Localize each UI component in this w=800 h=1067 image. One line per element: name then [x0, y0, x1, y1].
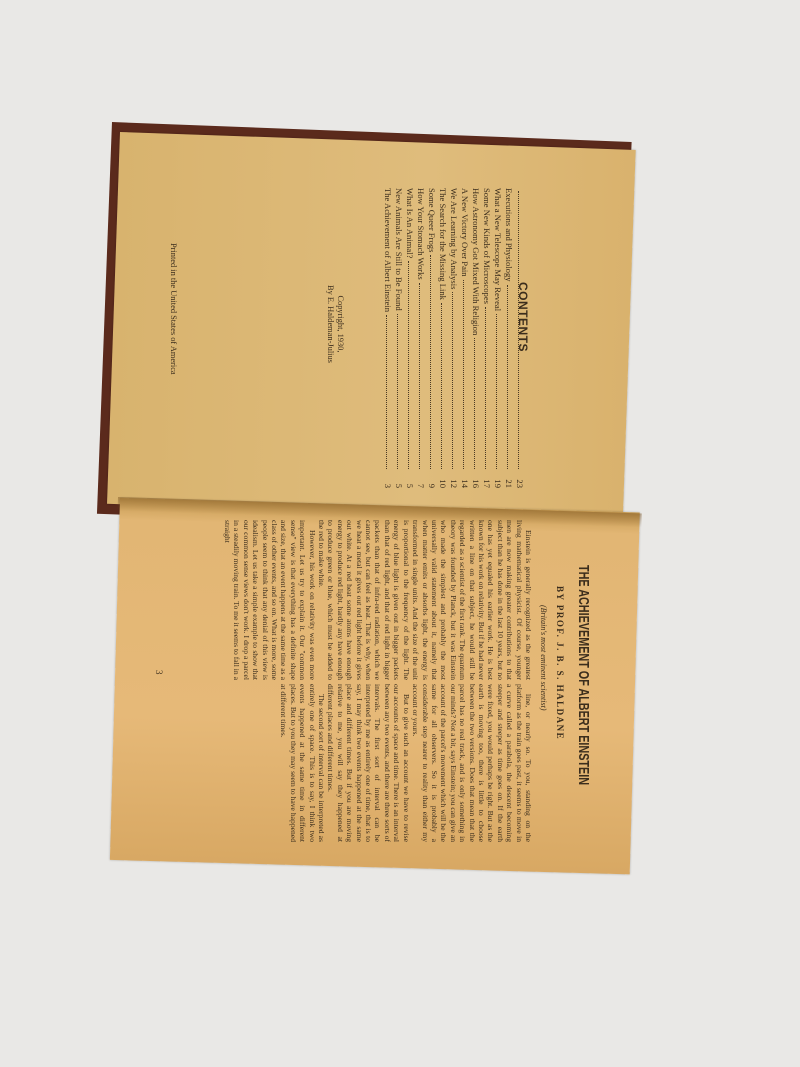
article-title: THE ACHIEVEMENT OF ALBERT EINSTEIN: [575, 565, 592, 785]
toc-entry-title: We Are Learning by Analysis: [449, 188, 459, 289]
toc-entry-page: 19: [493, 472, 503, 488]
article-paragraph: Einstein is generally recognized as the …: [317, 520, 533, 680]
printed-notice: Printed in the United States of America: [169, 243, 178, 375]
toc-entry-title: Some New Kinds of Microscopes: [482, 188, 492, 304]
toc-leader-dots: [463, 280, 470, 469]
toc-entry-title: A New Victory Over Pain: [460, 188, 470, 277]
table-of-contents: The Achievement of Albert Einstein3New A…: [383, 188, 513, 488]
article-column-right: line, or nearly so. To you, standing on …: [128, 684, 533, 842]
toc-entry: What a New Telescope May Reveal19: [493, 188, 503, 488]
copyright-notice: Copyright, 1930, By E. Haldeman-Julius: [325, 285, 345, 363]
toc-entry-title: How Astronomy Got Mixed With Religion: [471, 188, 481, 335]
article-column-left: Einstein is generally recognized as the …: [133, 520, 533, 680]
toc-leader-dots: [485, 307, 492, 469]
toc-entry-page: 9: [427, 472, 437, 488]
toc-entry: How Astronomy Got Mixed With Religion16: [471, 188, 481, 488]
toc-leader-dots: [518, 191, 525, 469]
toc-entry: Executions and Physiology21: [504, 188, 514, 488]
toc-leader-dots: [397, 314, 404, 469]
toc-entry: What Is An Animal?5: [405, 188, 415, 488]
article-byline: BY PROF. J. B. S. HALDANE: [555, 586, 565, 740]
toc-entry-page: 17: [482, 472, 492, 488]
toc-entry-page: 5: [405, 472, 415, 488]
article-subtitle: (Britain's most eminent scientist): [539, 605, 548, 710]
toc-entry-title: New Animals Are Still to Be Found: [394, 188, 404, 311]
article-paragraph: The second sort of interval can be inter…: [279, 684, 326, 842]
toc-entry: A New Victory Over Pain14: [460, 188, 470, 488]
toc-entry: Some New Kinds of Microscopes17: [482, 188, 492, 488]
page-number: 3: [154, 670, 164, 675]
toc-entry: 23: [515, 188, 525, 488]
toc-entry-page: 12: [449, 472, 459, 488]
toc-entry-page: 21: [504, 472, 514, 488]
toc-leader-dots: [419, 283, 426, 469]
toc-entry-title: The Search for the Missing Link: [438, 188, 448, 300]
toc-entry-page: 23: [515, 472, 525, 488]
toc-entry-title: Some Queer Frogs: [427, 188, 437, 252]
article-paragraph: line, or nearly so. To you, standing on …: [411, 684, 533, 842]
toc-entry: The Achievement of Albert Einstein3: [383, 188, 393, 488]
toc-entry: We Are Learning by Analysis12: [449, 188, 459, 488]
toc-entry-page: 14: [460, 472, 470, 488]
toc-entry: How Your Stomach Works7: [416, 188, 426, 488]
toc-entry-page: 7: [416, 472, 426, 488]
toc-leader-dots: [408, 261, 415, 469]
toc-entry-page: 16: [471, 472, 481, 488]
toc-entry-title: Executions and Physiology: [504, 188, 514, 282]
toc-entry-page: 3: [383, 472, 393, 488]
toc-leader-dots: [386, 315, 393, 469]
toc-entry-title: How Your Stomach Works: [416, 188, 426, 280]
publisher-line: By E. Haldeman-Julius: [325, 285, 335, 363]
copyright-line: Copyright, 1930,: [335, 285, 345, 363]
toc-entry-title: What a New Telescope May Reveal: [493, 188, 503, 311]
toc-leader-dots: [452, 292, 459, 469]
toc-leader-dots: [496, 314, 503, 469]
toc-entry: Some Queer Frogs9: [427, 188, 437, 488]
toc-leader-dots: [441, 303, 448, 469]
toc-entry-title: What Is An Animal?: [405, 188, 415, 258]
left-page: [107, 132, 636, 522]
toc-entry-page: 5: [394, 472, 404, 488]
toc-entry: The Search for the Missing Link10: [438, 188, 448, 488]
toc-entry: New Animals Are Still to Be Found5: [394, 188, 404, 488]
toc-entry-page: 10: [438, 472, 448, 488]
toc-leader-dots: [507, 285, 514, 469]
toc-leader-dots: [474, 338, 481, 469]
toc-leader-dots: [430, 255, 437, 469]
article-paragraph: However, his work on relativity was even…: [223, 520, 317, 680]
toc-entry-title: The Achievement of Albert Einstein: [383, 188, 393, 312]
article-paragraph: But to give such an account we have to r…: [326, 684, 411, 842]
